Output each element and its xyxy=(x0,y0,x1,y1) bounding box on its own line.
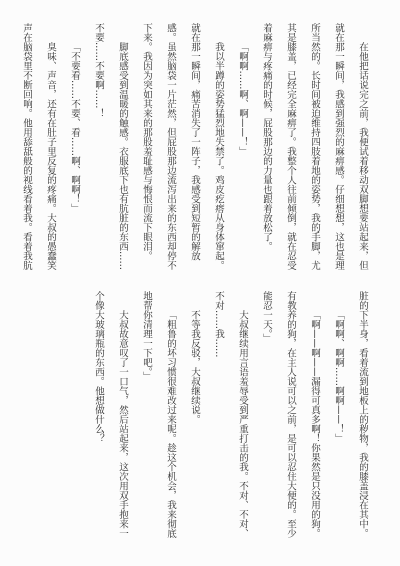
dialogue-paragraph: 「啊——啊——漏得可真多啊！你果然是只没用的狗。有教养的狗，在主人说可以之前，是… xyxy=(254,291,326,539)
dialogue-paragraph: 「啊啊、啊啊……啊啊——！」 xyxy=(326,291,350,539)
paragraph: 大叔故意叹了一口气，然后站起来，这次用双手抱来一个像大玻璃瓶的东西。他想做什么？ xyxy=(86,291,134,539)
dialogue-paragraph: 「不要看……不要、看……啊、啊啊！」 xyxy=(62,23,86,271)
paragraph: 臭味、声音，还有在肚子里反复的疼痛。大叔的愚蠢笑声在脑袋里不断回响。他用舔舐般的… xyxy=(14,23,62,271)
dialogue-paragraph: 「啊啊……啊、啊——！」 xyxy=(230,23,254,271)
novel-page: 在他把话说完之前，我便试着移动双脚想要站起来，但就在那一瞬间，我感到强烈的麻痹感… xyxy=(0,0,400,566)
top-text-block: 在他把话说完之前，我便试着移动双脚想要站起来，但就在那一瞬间，我感到强烈的麻痹感… xyxy=(12,23,374,271)
paragraph: 脚底感受到温暖的触感。衣服底下也有肮脏的东西……不要……不要啊……！ xyxy=(86,23,134,271)
bottom-text-block: 脏的下半身，看着流到地板上的秽物，我的膝盖浸在其中。 「啊啊、啊啊……啊啊——！… xyxy=(12,291,374,539)
paragraph: 在他把话说完之前，我便试着移动双脚想要站起来，但就在那一瞬间，我感到强烈的麻痹感… xyxy=(254,23,374,271)
continuation-paragraph: 脏的下半身，看着流到地板上的秽物，我的膝盖浸在其中。 xyxy=(350,291,374,539)
paragraph: 不等我反驳，大叔继续说。 xyxy=(182,291,206,539)
dialogue-paragraph: 「粗鲁的坏习惯很难改过来呢。趁这个机会，我来彻底地帮你清理一下吧。」 xyxy=(134,291,182,539)
paragraph: 我以半蹲的姿势猛烈地失禁了。鸡皮疙瘩从身体窜起。就在那一瞬间，痛苦消失了一阵子，… xyxy=(134,23,230,271)
paragraph: 大叔继续用言语羞辱受到严重打击的我。不对、不对、不对……我…… xyxy=(206,291,254,539)
